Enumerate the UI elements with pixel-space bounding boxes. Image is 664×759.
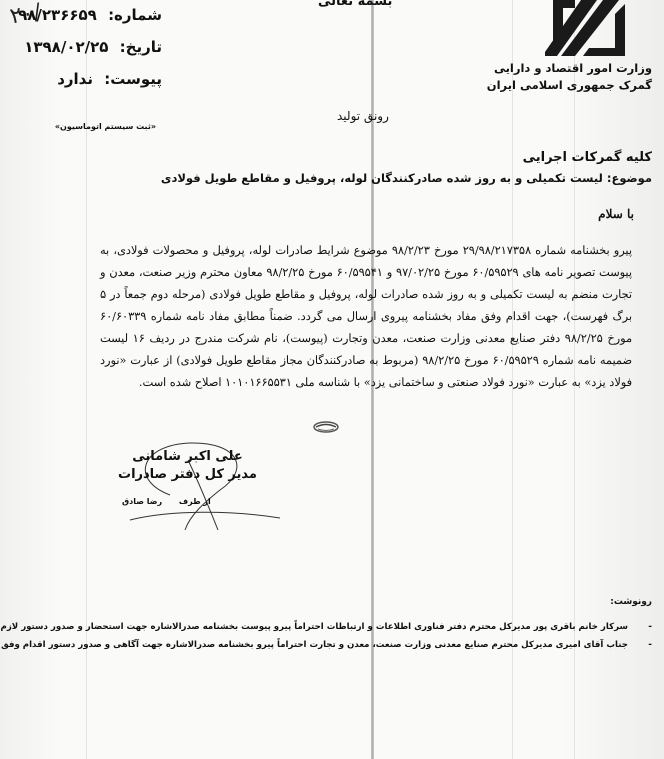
on-behalf-line: از طرف رضا صادق bbox=[122, 497, 211, 506]
seal-mark-icon bbox=[312, 420, 340, 434]
signatory-block: علی اکبر شامانی مدیر کل دفتر صادرات bbox=[118, 448, 257, 484]
cc-item: - جناب آقای امیری مدیرکل محترم صنایع معد… bbox=[12, 632, 652, 651]
on-behalf-name: رضا صادق bbox=[122, 497, 162, 506]
letter-date-row: تاریخ: ۱۳۹۸/۰۲/۲۵ bbox=[24, 38, 162, 56]
organization-line-1: وزارت امور اقتصاد و دارایی bbox=[487, 60, 652, 77]
scanned-letter-page: ۲۰/ شماره: ۹۸/۲۳۶۶۵۹ تاریخ: ۱۳۹۸/۰۲/۲۵ پ… bbox=[0, 0, 664, 759]
letter-date-label: تاریخ: bbox=[120, 38, 162, 56]
letter-date-value: ۱۳۹۸/۰۲/۲۵ bbox=[24, 38, 108, 56]
subject-line: موضوع: لیست تکمیلی و به روز شده صادرکنند… bbox=[161, 171, 652, 185]
cc-dash: - bbox=[648, 640, 652, 650]
cc-item-text: سرکار خانم باقری پور مدیرکل محترم دفتر ف… bbox=[0, 622, 628, 632]
cc-dash: - bbox=[648, 622, 652, 632]
invocation: بسمه تعالی bbox=[318, 0, 392, 9]
subject-text: لیست تکمیلی و به روز شده صادرکنندگان لول… bbox=[161, 171, 603, 185]
cc-item-text: جناب آقای امیری مدیرکل محترم صنایع معدنی… bbox=[0, 640, 628, 650]
on-behalf-prefix: از طرف bbox=[179, 497, 211, 506]
letter-attachment-value: ندارد bbox=[57, 70, 93, 88]
year-slogan: رونق تولید bbox=[337, 109, 389, 123]
addressee: کلیه گمرکات اجرایی bbox=[523, 150, 652, 165]
letter-attachment-row: پیوست: ندارد bbox=[57, 70, 162, 88]
greeting: با سلام bbox=[598, 207, 634, 221]
customs-emblem-icon bbox=[545, 0, 633, 56]
letter-number-row: شماره: ۹۸/۲۳۶۶۵۹ bbox=[18, 6, 162, 24]
letter-body: پیرو بخشنامه شماره ۲۹/۹۸/۲۱۷۳۵۸ مورخ ۹۸/… bbox=[100, 240, 632, 394]
organization-block: وزارت امور اقتصاد و دارایی گمرک جمهوری ا… bbox=[487, 60, 652, 94]
letter-number-label: شماره: bbox=[108, 6, 162, 24]
cc-item: - سرکار خانم باقری پور مدیرکل محترم دفتر… bbox=[12, 614, 652, 633]
organization-line-2: گمرک جمهوری اسلامی ایران bbox=[487, 77, 652, 94]
signatory-name: علی اکبر شامانی bbox=[118, 448, 257, 466]
letter-number-value: ۹۸/۲۳۶۶۵۹ bbox=[18, 6, 97, 24]
subject-label: موضوع: bbox=[607, 171, 652, 185]
registration-note: «ثبت سیستم اتوماسیون» bbox=[55, 122, 156, 131]
letter-attachment-label: پیوست: bbox=[104, 70, 162, 88]
signatory-title: مدیر کل دفتر صادرات bbox=[118, 466, 257, 484]
cc-title: رونوشت: bbox=[610, 597, 652, 607]
